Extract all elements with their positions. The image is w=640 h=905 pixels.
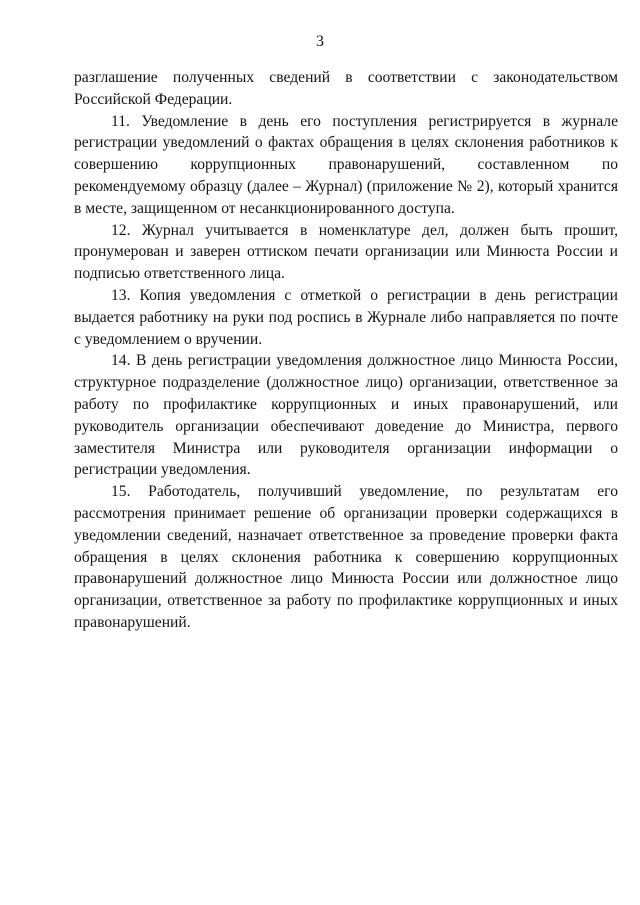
- paragraph-continuation: разглашение полученных сведений в соотве…: [74, 67, 618, 111]
- document-body: разглашение полученных сведений в соотве…: [74, 67, 618, 634]
- page-number: 3: [0, 33, 640, 51]
- scan-artifact-dot: [373, 531, 375, 533]
- paragraph-15: 15. Работодатель, получивший уведомление…: [74, 481, 618, 634]
- paragraph-13: 13. Копия уведомления с отметкой о регис…: [74, 285, 618, 350]
- paragraph-12: 12. Журнал учитывается в номенклатуре де…: [74, 220, 618, 285]
- document-page: 3 разглашение полученных сведений в соот…: [0, 0, 640, 905]
- paragraph-14: 14. В день регистрации уведомления должн…: [74, 350, 618, 481]
- paragraph-11: 11. Уведомление в день его поступления р…: [74, 111, 618, 220]
